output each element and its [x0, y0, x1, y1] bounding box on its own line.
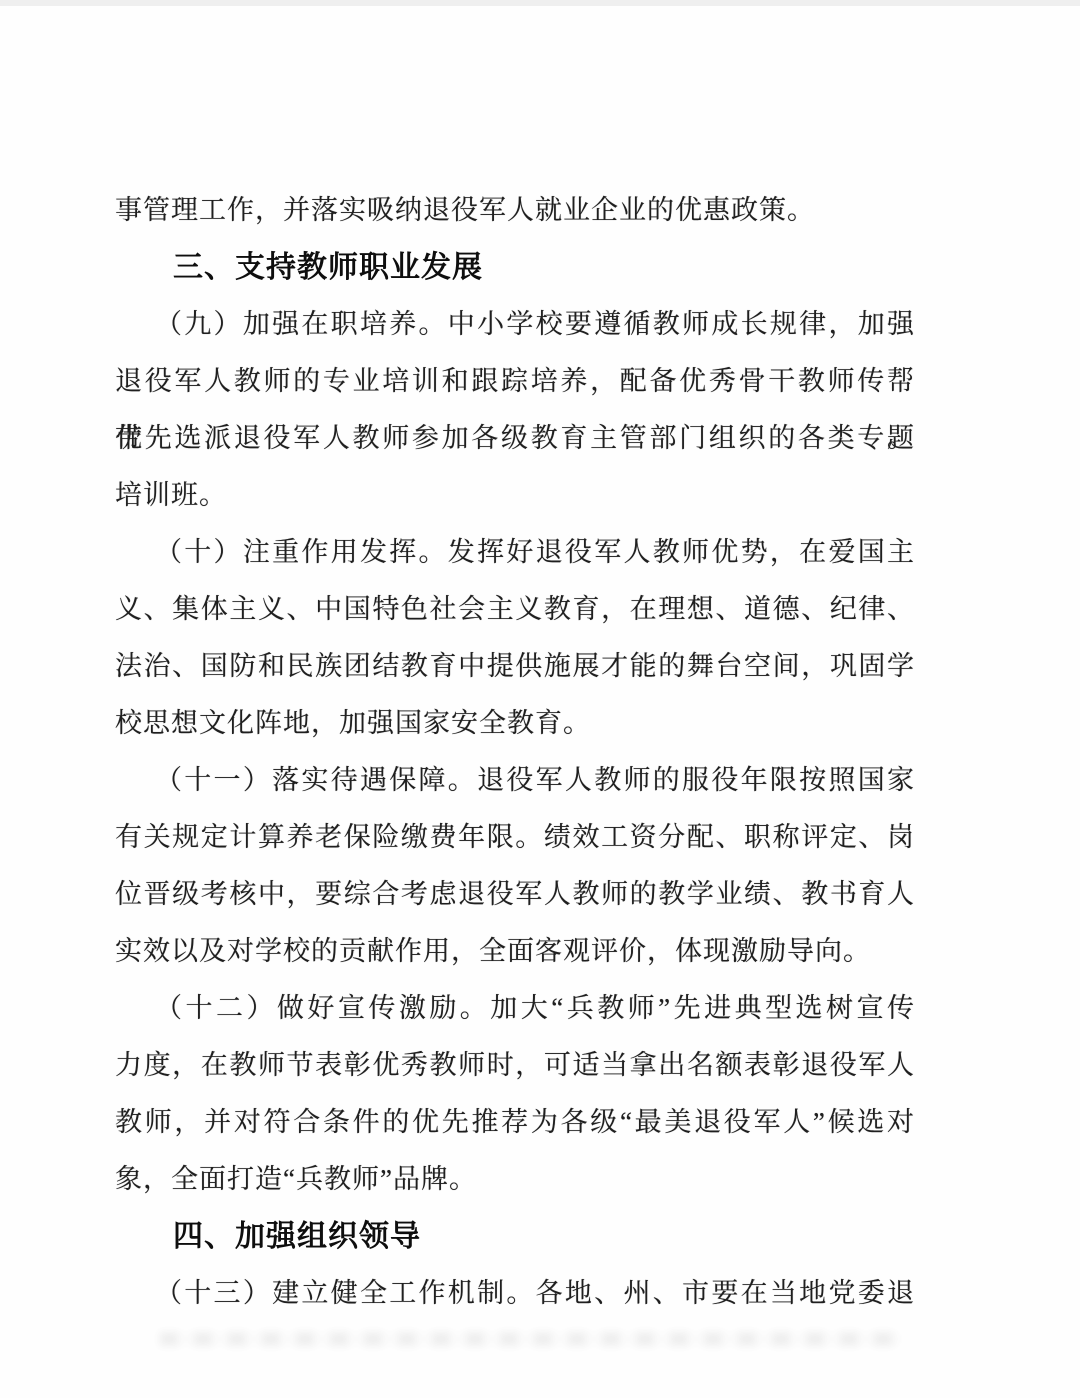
document-page: 事管理工作，并落实吸纳退役军人就业企业的优惠政策。 三、支持教师职业发展 （九）… [0, 0, 1080, 1398]
body-line: （九）加强在职培养。中小学校要遵循教师成长规律，加强 [115, 296, 915, 353]
body-line: （十）注重作用发挥。发挥好退役军人教师优势，在爱国主 [115, 524, 915, 581]
body-line: 位晋级考核中，要综合考虑退役军人教师的教学业绩、教书育人 [115, 866, 915, 923]
body-line: 退役军人教师的专业培训和跟踪培养，配备优秀骨干教师传帮带。 [115, 353, 915, 410]
scan-artifact-faded-line [160, 1332, 900, 1346]
body-line: 培训班。 [115, 467, 915, 524]
body-line: （十二）做好宣传激励。加大“兵教师”先进典型选树宣传 [115, 980, 915, 1037]
body-line: 力度，在教师节表彰优秀教师时，可适当拿出名额表彰退役军人 [115, 1037, 915, 1094]
body-line: 事管理工作，并落实吸纳退役军人就业企业的优惠政策。 [115, 182, 915, 239]
document-text-block: 事管理工作，并落实吸纳退役军人就业企业的优惠政策。 三、支持教师职业发展 （九）… [115, 182, 915, 1322]
section-heading: 三、支持教师职业发展 [115, 239, 915, 296]
body-line: 优先选派退役军人教师参加各级教育主管部门组织的各类专题 [115, 410, 915, 467]
body-line: 校思想文化阵地，加强国家安全教育。 [115, 695, 915, 752]
body-line: 有关规定计算养老保险缴费年限。绩效工资分配、职称评定、岗 [115, 809, 915, 866]
body-line: （十三）建立健全工作机制。各地、州、市要在当地党委退 [115, 1265, 915, 1322]
page-top-strip [0, 0, 1080, 6]
body-line: 法治、国防和民族团结教育中提供施展才能的舞台空间，巩固学 [115, 638, 915, 695]
body-line: 教师，并对符合条件的优先推荐为各级“最美退役军人”候选对 [115, 1094, 915, 1151]
body-line: 象，全面打造“兵教师”品牌。 [115, 1151, 915, 1208]
body-line: 实效以及对学校的贡献作用，全面客观评价，体现激励导向。 [115, 923, 915, 980]
body-line: 义、集体主义、中国特色社会主义教育，在理想、道德、纪律、 [115, 581, 915, 638]
body-line: （十一）落实待遇保障。退役军人教师的服役年限按照国家 [115, 752, 915, 809]
section-heading: 四、加强组织领导 [115, 1208, 915, 1265]
